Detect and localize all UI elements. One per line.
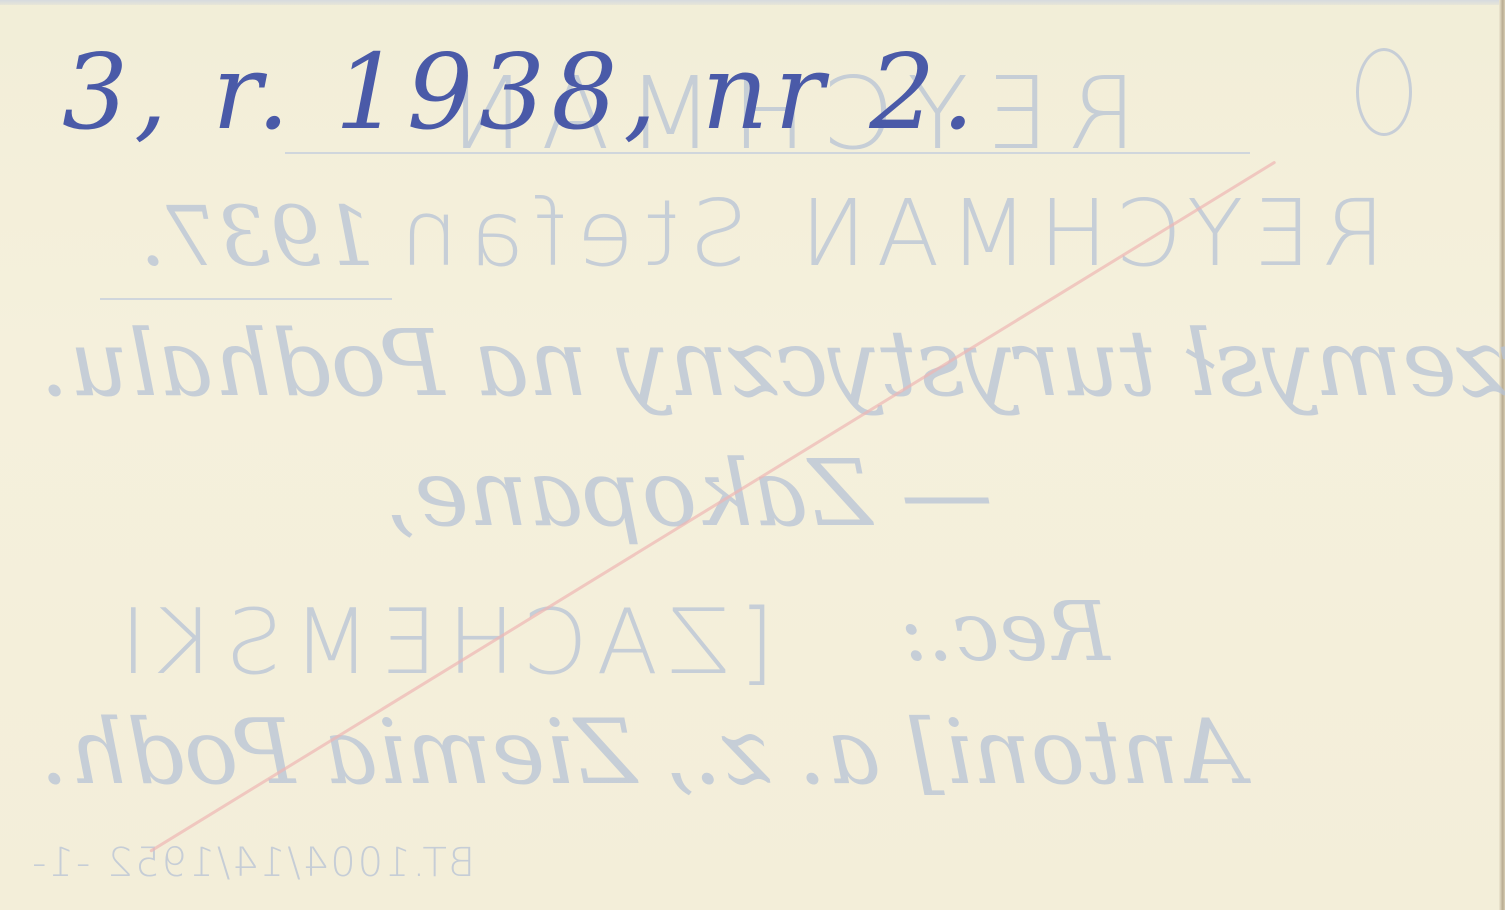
bleed-year-rule <box>100 298 392 300</box>
card-right-edge <box>1499 0 1505 910</box>
bleed-circle-mark <box>1356 48 1412 136</box>
bleed-place: — Zakopane, <box>385 440 993 547</box>
bleed-author: REYCHMAN Stefan <box>390 180 1385 287</box>
bleed-reviewer: [ZACHEMSKI <box>110 590 774 695</box>
bleed-stamp: BT.1004/14/1952 -1- <box>30 840 475 886</box>
bleed-source: Antoni] a. z., Ziemia Podh. <box>40 700 1244 805</box>
card-top-edge <box>0 0 1505 5</box>
ink-annotation: 3, r. 1938, nr 2. <box>62 40 980 144</box>
bleed-review-label: Rec.: <box>900 585 1110 680</box>
bleed-year: 1937. <box>140 190 375 285</box>
bleed-title: Przemysł turystyczny na Podhalu. <box>40 310 1505 417</box>
catalog-card: REYCHMAN REYCHMAN Stefan 1937. Przemysł … <box>0 0 1505 910</box>
